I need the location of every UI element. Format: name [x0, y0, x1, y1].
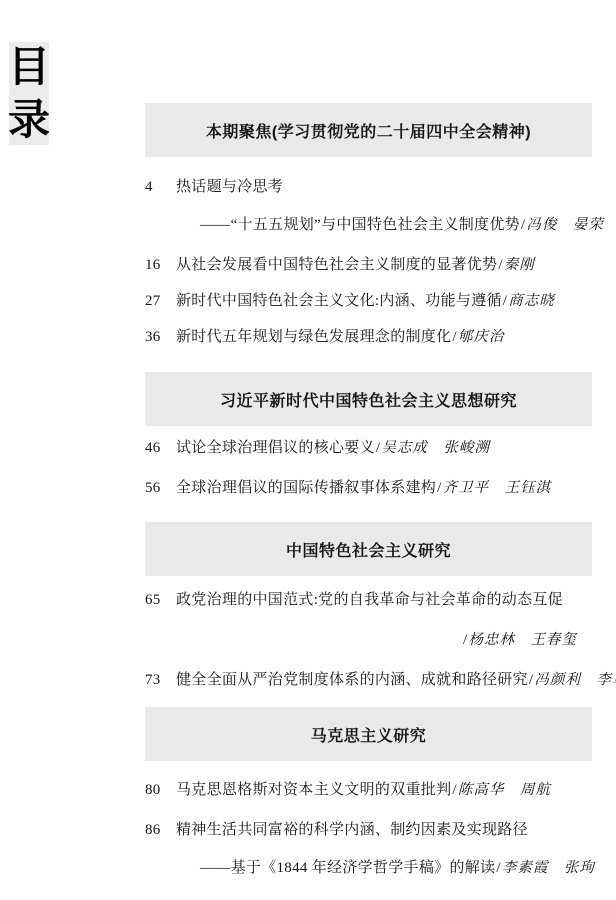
- entry-title: 新时代中国特色社会主义文化:内涵、功能与遵循: [176, 293, 502, 309]
- section-header-socialism: 中国特色社会主义研究: [145, 522, 592, 576]
- entry-row: 65政党治理的中国范式:党的自我革命与社会革命的动态互促: [145, 589, 592, 611]
- entry-row: 36新时代五年规划与绿色发展理念的制度化/郇庆治: [145, 326, 592, 348]
- toc-title: 目 录: [9, 42, 49, 145]
- toc-char: 录: [8, 96, 50, 144]
- entry-authors: 吴志成 张峻溯: [381, 440, 490, 456]
- slash-separator: /: [498, 257, 502, 273]
- entry-row: 73健全全面从严治党制度体系的内涵、成就和路径研究/冯颜利 李卓群: [145, 669, 592, 691]
- slash-separator: /: [521, 217, 525, 233]
- entry-title: 精神生活共同富裕的科学内涵、制约因素及实现路径: [176, 822, 528, 838]
- slash-separator: /: [376, 440, 380, 456]
- entry-subtitle: ——“十五五规划”与中国特色社会主义制度优势: [200, 217, 520, 233]
- entry-row: 46试论全球治理倡议的核心要义/吴志成 张峻溯: [145, 437, 592, 459]
- entry-title: 全球治理倡议的国际传播叙事体系建构: [176, 480, 436, 496]
- entry-row: 4热话题与冷思考: [145, 176, 592, 198]
- page-number: 46: [145, 437, 176, 459]
- entry-authors: 秦刚: [504, 257, 535, 273]
- page-number: 65: [145, 589, 176, 611]
- page-number: 36: [145, 326, 176, 348]
- entry-authors: 商志晓: [508, 293, 555, 309]
- section-header-focus: 本期聚焦(学习贯彻党的二十届四中全会精神): [145, 103, 592, 157]
- entry-title: 马克思恩格斯对资本主义文明的双重批判: [176, 782, 451, 798]
- entry-authors: 李素霞 张珣: [502, 860, 595, 876]
- entry-subtitle-row: ——“十五五规划”与中国特色社会主义制度优势/冯俊 晏荣: [145, 214, 592, 236]
- entry-subtitle: ——基于《1844 年经济学哲学手稿》的解读: [200, 860, 495, 876]
- entry-authors: 陈高华 周航: [458, 782, 551, 798]
- entry-row: 27新时代中国特色社会主义文化:内涵、功能与遵循/商志晓: [145, 290, 592, 312]
- slash-separator: /: [529, 672, 533, 688]
- entry-title: 新时代五年规划与绿色发展理念的制度化: [176, 329, 451, 345]
- entry-title: 试论全球治理倡议的核心要义: [176, 440, 375, 456]
- page-number: 16: [145, 254, 176, 276]
- page-number: 73: [145, 669, 176, 691]
- journal-toc-page: 目 录 本期聚焦(学习贯彻党的二十届四中全会精神) 4热话题与冷思考 ——“十五…: [0, 0, 616, 900]
- entry-row: 80马克思恩格斯对资本主义文明的双重批判/陈高华 周航: [145, 779, 592, 801]
- toc-char: 目: [8, 43, 50, 91]
- entry-subtitle-row: ——基于《1844 年经济学哲学手稿》的解读/李素霞 张珣: [145, 857, 592, 879]
- page-number: 27: [145, 290, 176, 312]
- entry-authors: 杨忠林 王春玺: [469, 632, 578, 648]
- slash-separator: /: [503, 293, 507, 309]
- entry-row: 86精神生活共同富裕的科学内涵、制约因素及实现路径: [145, 819, 592, 841]
- page-number: 4: [145, 176, 176, 198]
- entry-authors: 冯颜利 李卓群: [534, 672, 616, 688]
- entry-row: 56全球治理倡议的国际传播叙事体系建构/齐卫平 王钰淇: [145, 477, 592, 499]
- entry-authors: 齐卫平 王钰淇: [443, 480, 552, 496]
- slash-separator: /: [452, 782, 456, 798]
- page-number: 56: [145, 477, 176, 499]
- section-header-xi-thought: 习近平新时代中国特色社会主义思想研究: [145, 372, 592, 426]
- entry-title: 政党治理的中国范式:党的自我革命与社会革命的动态互促: [176, 592, 563, 608]
- entry-authors: 郇庆治: [458, 329, 505, 345]
- entry-authors-row: /杨忠林 王春玺: [145, 629, 592, 651]
- entry-title: 从社会发展看中国特色社会主义制度的显著优势: [176, 257, 497, 273]
- slash-separator: /: [437, 480, 441, 496]
- page-number: 86: [145, 819, 176, 841]
- entry-authors: 冯俊 晏荣: [526, 217, 604, 233]
- slash-separator: /: [452, 329, 456, 345]
- entry-title: 健全全面从严治党制度体系的内涵、成就和路径研究: [176, 672, 528, 688]
- slash-separator: /: [463, 632, 467, 648]
- page-number: 80: [145, 779, 176, 801]
- entry-row: 16从社会发展看中国特色社会主义制度的显著优势/秦刚: [145, 254, 592, 276]
- section-header-marxism: 马克思主义研究: [145, 707, 592, 761]
- slash-separator: /: [496, 860, 500, 876]
- entry-title: 热话题与冷思考: [176, 179, 283, 195]
